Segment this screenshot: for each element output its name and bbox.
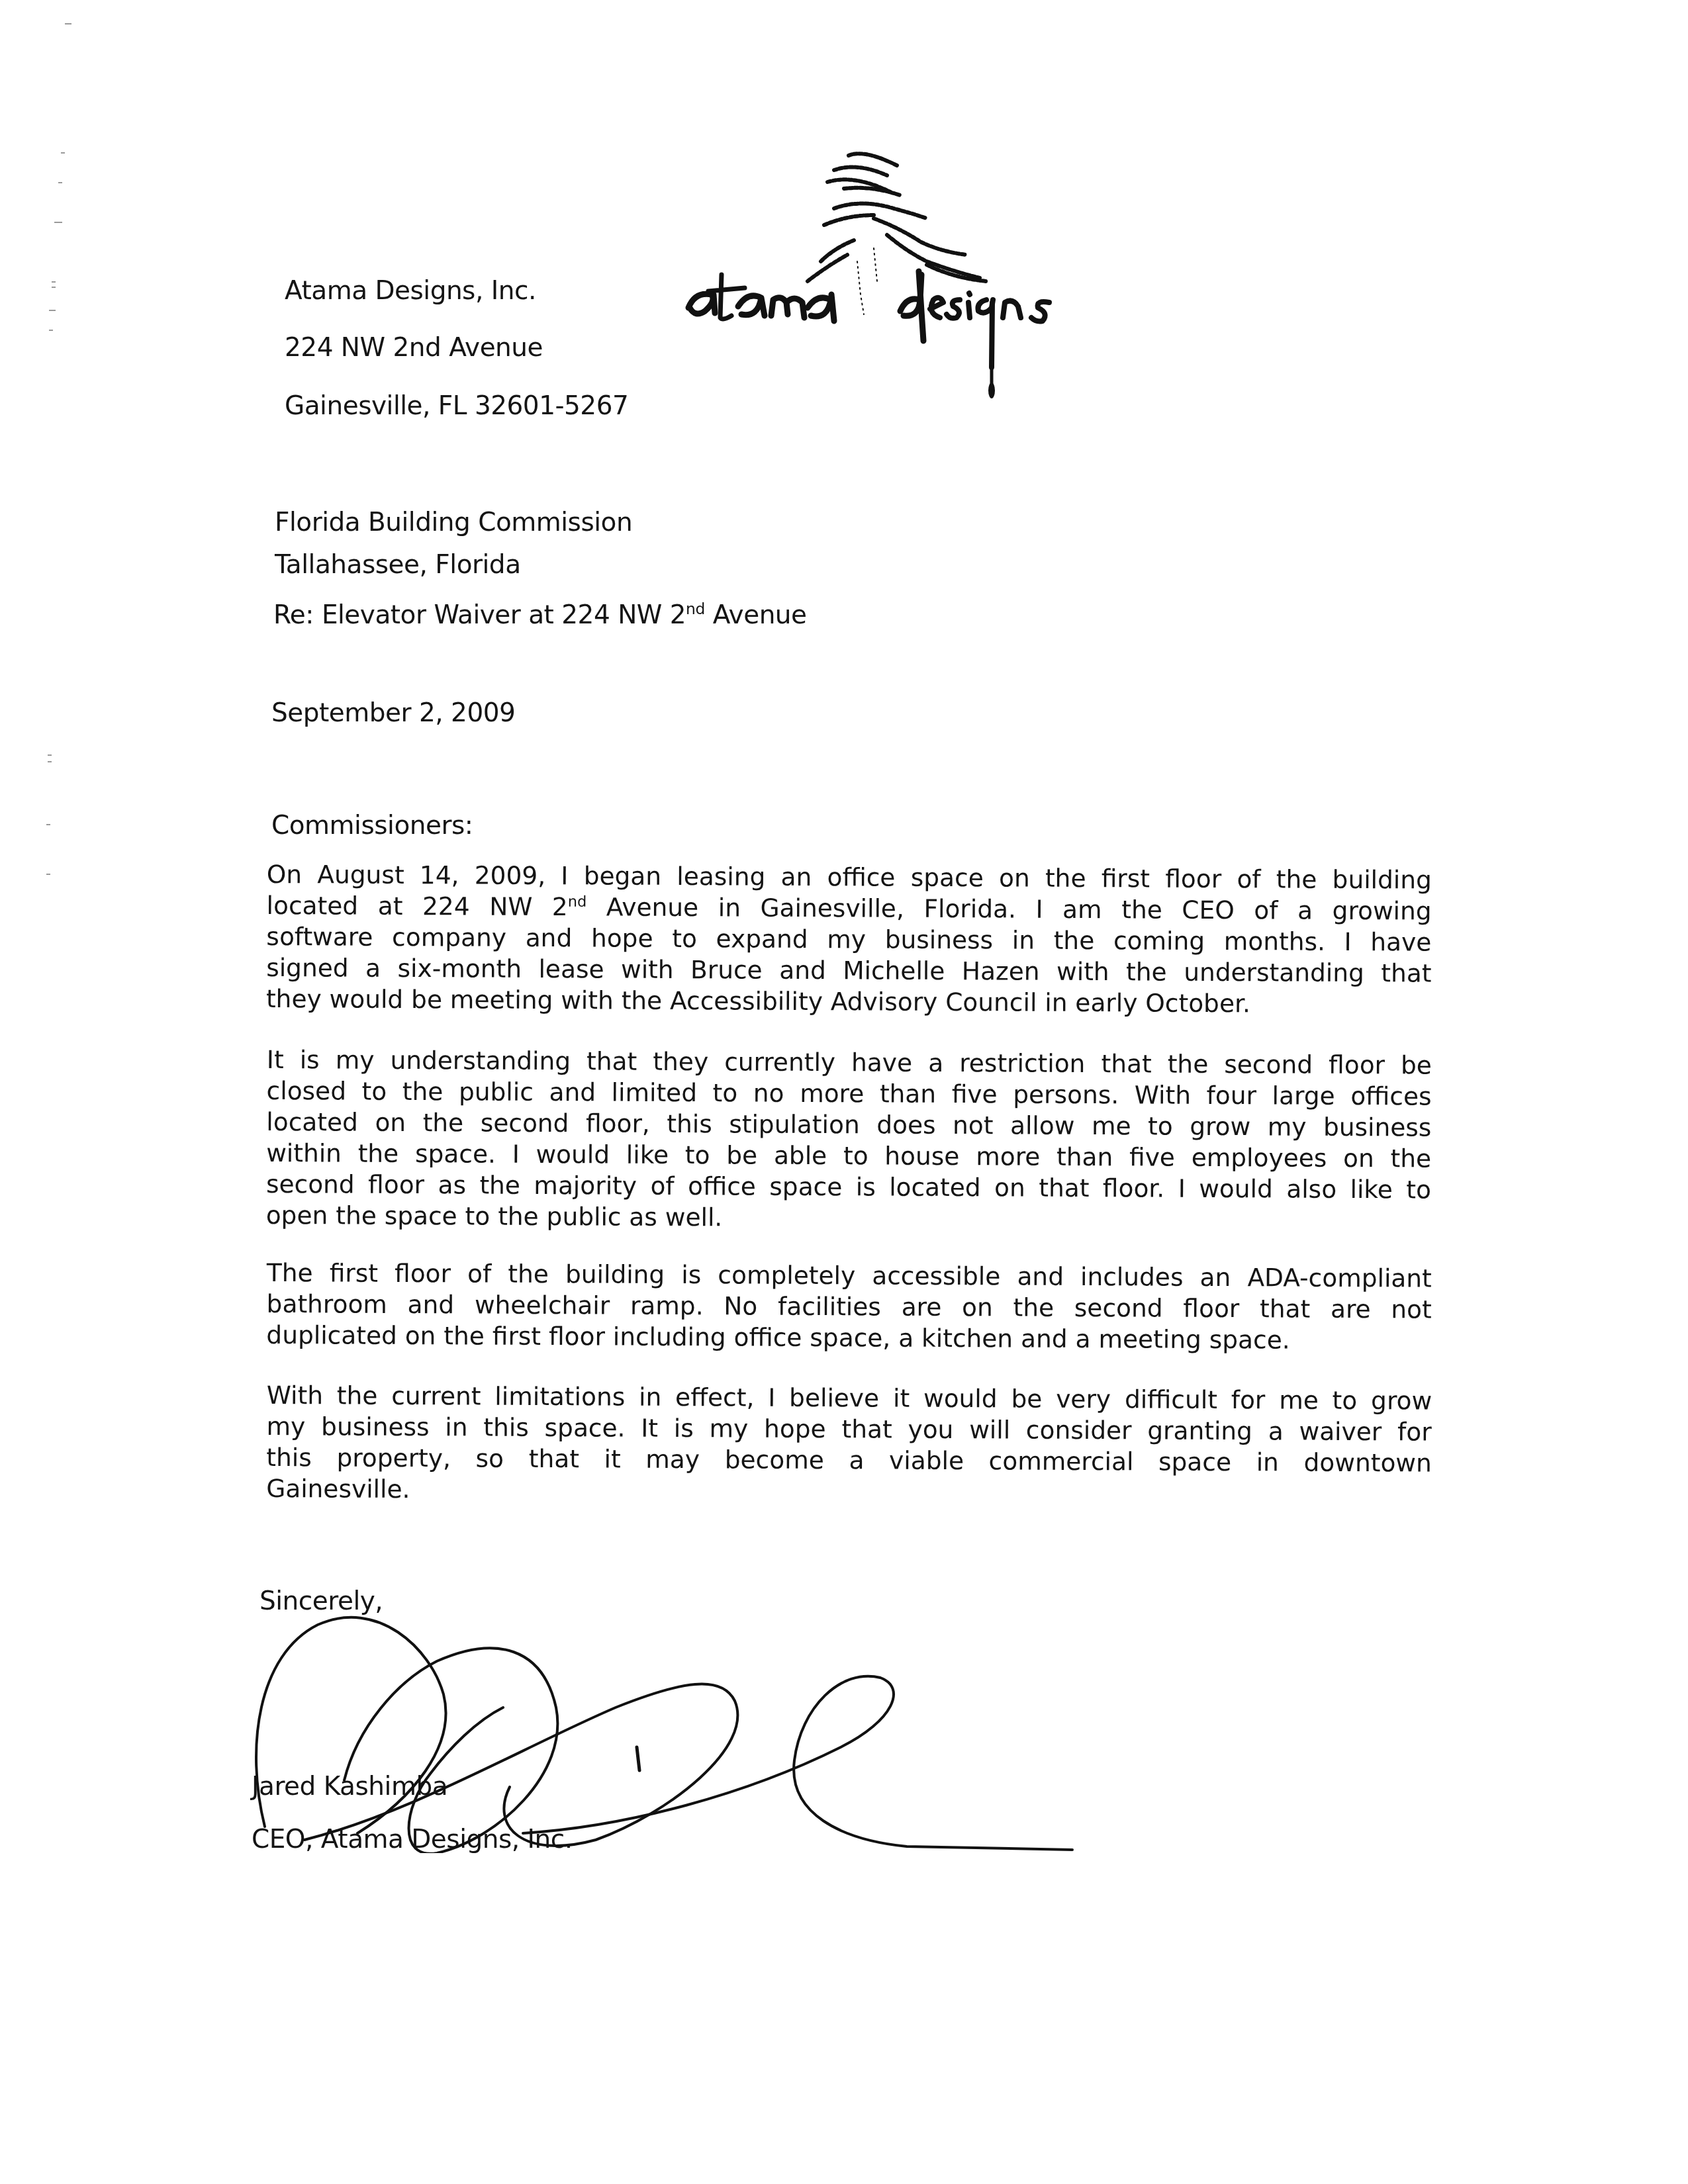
paragraph-line: open the space to the public as well. [266,1200,1431,1237]
scan-speck [48,761,52,762]
body-paragraph-4: With the current limitations in effect, … [266,1380,1432,1510]
letter-page: atamadesigns Atama Designs, Inc. 224 NW … [0,0,1688,2184]
scan-speck [48,754,52,756]
paragraph-line: software company and hope to expand my b… [266,921,1431,958]
scan-speck [54,222,62,223]
recipient-city: Tallahassee, Florida [275,552,521,578]
scan-speck [49,310,56,311]
paragraph-line: With the current limitations in effect, … [267,1380,1432,1417]
scan-speck [61,152,65,154]
subject-prefix: Re: Elevator Waiver at 224 NW 2 [273,600,686,630]
sender-company: Atama Designs, Inc. [285,278,536,304]
scan-speck [46,824,50,825]
atama-designs-logo: atamadesigns [675,129,1086,400]
paragraph-line: located on the second floor, this stipul… [266,1107,1431,1144]
paragraph-line: second floor as the majority of office s… [266,1169,1431,1206]
paragraph-line: Gainesville. [266,1473,1431,1510]
subject-ordinal: nd [686,600,705,618]
paragraph-line: closed to the public and limited to no m… [267,1075,1432,1113]
logo-wordmark [688,271,1049,398]
scan-speck [58,182,62,183]
svg-text:atamadesigns: atamadesigns [675,129,680,130]
paragraph-line: within the space. I would like to be abl… [266,1138,1431,1175]
letter-date: September 2, 2009 [271,700,515,726]
body-paragraph-1: On August 14, 2009, I began leasing an o… [266,859,1432,1021]
paragraph-line: located at 224 NW 2nd Avenue in Gainesvi… [267,890,1432,927]
scan-speck [52,287,56,288]
salutation: Commissioners: [271,813,473,839]
paragraph-line: duplicated on the first floor including … [266,1320,1431,1357]
scan-speck [46,874,50,875]
paragraph-line: this property, so that it may become a v… [266,1442,1431,1479]
paragraph-line: signed a six-month lease with Bruce and … [266,952,1431,989]
paragraph-line: The first floor of the building is compl… [267,1257,1432,1295]
paragraph-line: they would be meeting with the Accessibi… [266,983,1431,1021]
subject-line: Re: Elevator Waiver at 224 NW 2nd Avenue [273,602,807,628]
paragraph-line: It is my understanding that they current… [267,1044,1432,1081]
scan-speck [52,281,56,283]
body-paragraph-3: The first floor of the building is compl… [266,1257,1432,1357]
recipient-name: Florida Building Commission [275,510,632,535]
paragraph-line: On August 14, 2009, I began leasing an o… [267,859,1432,896]
handwritten-signature [245,1575,1105,1853]
body-paragraph-2: It is my understanding that they current… [266,1044,1432,1237]
scan-speck [49,330,53,331]
sender-street: 224 NW 2nd Avenue [285,335,543,361]
paragraph-line: my business in this space. It is my hope… [267,1411,1432,1448]
subject-suffix: Avenue [705,600,807,630]
sender-city-state-zip: Gainesville, FL 32601-5267 [285,393,628,419]
paragraph-line: bathroom and wheelchair ramp. No facilit… [267,1289,1432,1326]
scan-speck [65,23,71,24]
logo-text-designs: designs [677,129,680,130]
pine-tree-icon [808,154,986,314]
